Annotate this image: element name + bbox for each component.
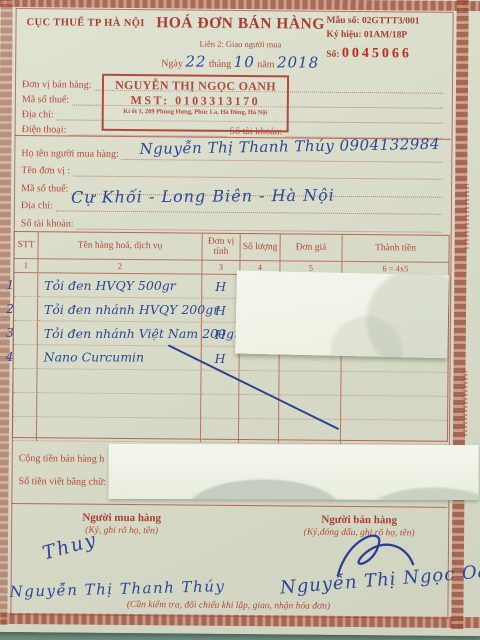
edge-print: [463, 371, 468, 436]
date-day-handwritten: 22: [185, 53, 206, 71]
item-name-handwritten: Nano Curcumin: [44, 350, 144, 364]
invoice-title: HOÁ ĐƠN BÁN HÀNG: [140, 14, 340, 34]
paper-strip-overlay-top: [235, 270, 449, 358]
tax-office: CỤC THUẾ TP HÀ NỘI: [26, 17, 144, 29]
buyer-signature-block: Người mua hàng (Ký, ghi rõ họ, tên): [34, 511, 209, 537]
edge-print: [465, 184, 470, 249]
invoice-number: Số: 0045066: [326, 42, 446, 64]
form-number: Mẫu số: 02GTTT3/001: [327, 14, 447, 29]
item-unit-handwritten: H: [215, 351, 226, 365]
item-name-handwritten: Tỏi đen nhánh Việt Nam 200gr: [44, 327, 240, 341]
copy-note: Liên 2: Giao người mua: [140, 38, 340, 50]
year-word: năm: [257, 59, 274, 70]
date-month-handwritten: 10: [234, 53, 255, 71]
date-year-handwritten: 2018: [277, 53, 319, 71]
border-pattern-right: [451, 0, 468, 629]
serial-symbol: Ký hiệu: 01AM/18P: [326, 28, 446, 43]
item-unit-handwritten: H: [215, 327, 226, 341]
buyer-account-row: Số tài khoản:: [21, 211, 445, 232]
seller-stamp: NGUYỄN THỊ NGỌC OANH MST: 0103313170 Ki …: [102, 74, 289, 133]
item-name-handwritten: Tỏi đen HVQY 500gr: [44, 278, 176, 292]
invoice-paper: CỤC THUẾ TP HÀ NỘI HOÁ ĐƠN BÁN HÀNG Liên…: [0, 0, 480, 636]
stamp-name: NGUYỄN THỊ NGỌC OANH: [109, 78, 282, 95]
month-word: tháng: [209, 59, 231, 70]
paper-strip-overlay-bottom: [109, 444, 479, 500]
table-row-empty: [13, 417, 447, 445]
stamp-mst: MST: 0103313170: [109, 93, 282, 110]
photo-background: CỤC THUẾ TP HÀ NỘI HOÁ ĐƠN BÁN HÀNG Liên…: [0, 0, 480, 640]
item-name-handwritten: Tỏi đen nhánh HVQY 200gr: [44, 303, 219, 317]
table-header-row: STT Tên hàng hoá, dịch vụ Đơn vị tính Số…: [14, 232, 448, 263]
item-unit-handwritten: H: [215, 279, 226, 293]
invoice-number-value: 0045066: [342, 45, 412, 61]
buyer-signature-note: (Ký, ghi rõ họ, tên): [34, 525, 209, 537]
buyer-address-handwritten: Cự Khối - Long Biên - Hà Nội: [71, 185, 335, 206]
item-unit-handwritten: H: [215, 303, 226, 317]
seller-signature-title: Người bán hàng: [269, 513, 449, 527]
stamp-address: Ki ốt 1, 209 Phùng Hưng, Phúc La, Hà Đôn…: [109, 108, 282, 117]
buyer-signature-title: Người mua hàng: [34, 511, 209, 525]
form-info: Mẫu số: 02GTTT3/001 Ký hiệu: 01AM/18P Số…: [326, 14, 446, 65]
buyer-section: Họ tên người mua hàng: Nguyễn Thị Thanh …: [21, 141, 446, 232]
date-word: Ngày: [161, 58, 183, 69]
